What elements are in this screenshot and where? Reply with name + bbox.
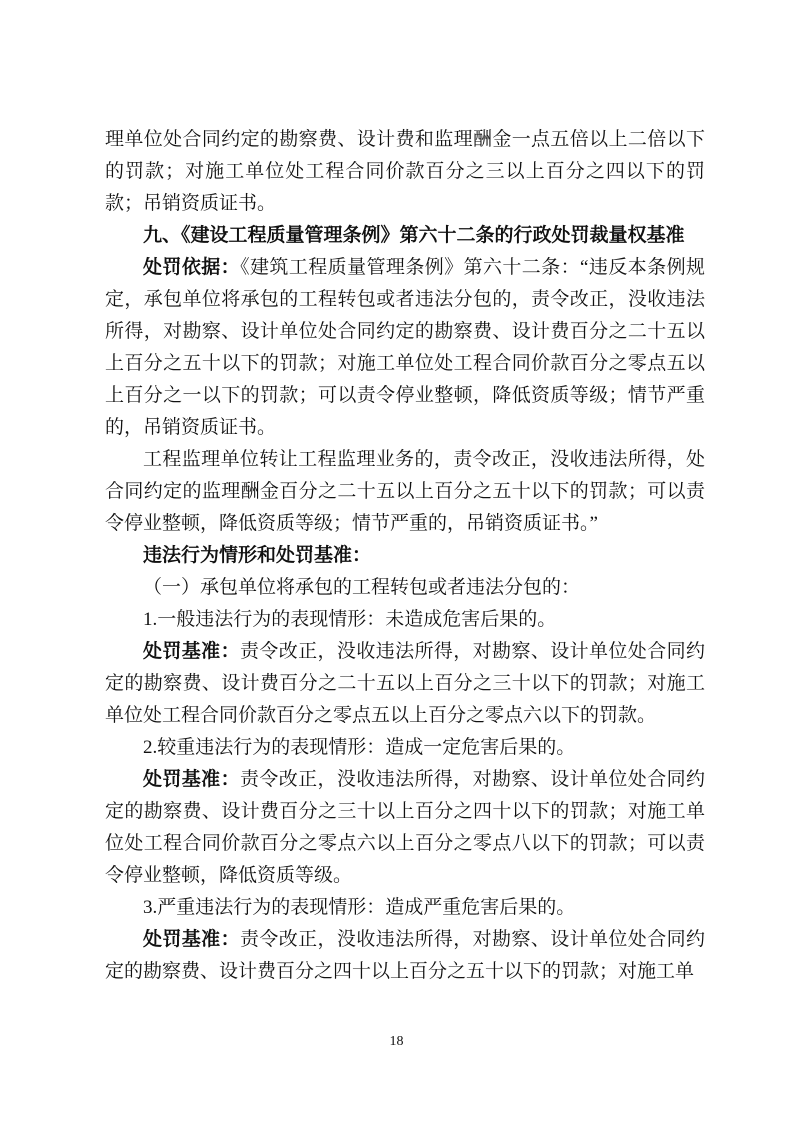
violation-circumstances-heading: 违法行为情形和处罚基准： [105, 540, 705, 572]
page-number: 18 [0, 1032, 793, 1052]
section-9-heading: 九、《建设工程质量管理条例》第六十二条的行政处罚裁量权基准 [105, 220, 705, 252]
text-run: 理单位处合同约定的勘察费、设计费和监理酬金一点五倍以上二倍以下的罚款；对施工单位… [105, 129, 705, 214]
text-run: 工程监理单位转让工程监理业务的，责令改正，没收违法所得，处合同约定的监理酬金百分… [105, 449, 705, 534]
bold-text-run: 处罚基准： [143, 769, 240, 790]
penalty-basis-paragraph-2: 工程监理单位转让工程监理业务的，责令改正，没收违法所得，处合同约定的监理酬金百分… [105, 444, 705, 540]
text-run: （一）承包单位将承包的工程转包或者违法分包的： [143, 577, 580, 598]
severe-violation-circumstance: 3.严重违法行为的表现情形：造成严重危害后果的。 [105, 892, 705, 924]
severe-violation-penalty-standard: 处罚基准：责令改正，没收违法所得，对勘察、设计单位处合同约定的勘察费、设计费百分… [105, 924, 705, 988]
document-page: 理单位处合同约定的勘察费、设计费和监理酬金一点五倍以上二倍以下的罚款；对施工单位… [0, 0, 793, 1122]
penalty-basis-paragraph: 处罚依据：《建筑工程质量管理条例》第六十二条：“违反本条例规定，承包单位将承包的… [105, 252, 705, 444]
continuation-paragraph-from-previous-page: 理单位处合同约定的勘察费、设计费和监理酬金一点五倍以上二倍以下的罚款；对施工单位… [105, 124, 705, 220]
text-run: 《建筑工程质量管理条例》第六十二条：“违反本条例规定，承包单位将承包的工程转包或… [105, 257, 705, 438]
moderate-violation-circumstance: 2.较重违法行为的表现情形：造成一定危害后果的。 [105, 732, 705, 764]
bold-text-run: 处罚基准： [143, 929, 240, 950]
text-run: 1.一般违法行为的表现情形：未造成危害后果的。 [143, 609, 556, 630]
bold-text-run: 违法行为情形和处罚基准： [143, 545, 371, 566]
bold-text-run: 处罚依据： [143, 257, 240, 278]
moderate-violation-penalty-standard: 处罚基准：责令改正，没收违法所得，对勘察、设计单位处合同约定的勘察费、设计费百分… [105, 764, 705, 892]
general-violation-circumstance: 1.一般违法行为的表现情形：未造成危害后果的。 [105, 604, 705, 636]
general-violation-penalty-standard: 处罚基准：责令改正，没收违法所得，对勘察、设计单位处合同约定的勘察费、设计费百分… [105, 636, 705, 732]
bold-text-run: 九、《建设工程质量管理条例》第六十二条的行政处罚裁量权基准 [143, 225, 685, 246]
item-1-heading: （一）承包单位将承包的工程转包或者违法分包的： [105, 572, 705, 604]
document-body: 理单位处合同约定的勘察费、设计费和监理酬金一点五倍以上二倍以下的罚款；对施工单位… [105, 124, 705, 988]
bold-text-run: 处罚基准： [143, 641, 240, 662]
text-run: 2.较重违法行为的表现情形：造成一定危害后果的。 [143, 737, 575, 758]
text-run: 3.严重违法行为的表现情形：造成严重危害后果的。 [143, 897, 575, 918]
